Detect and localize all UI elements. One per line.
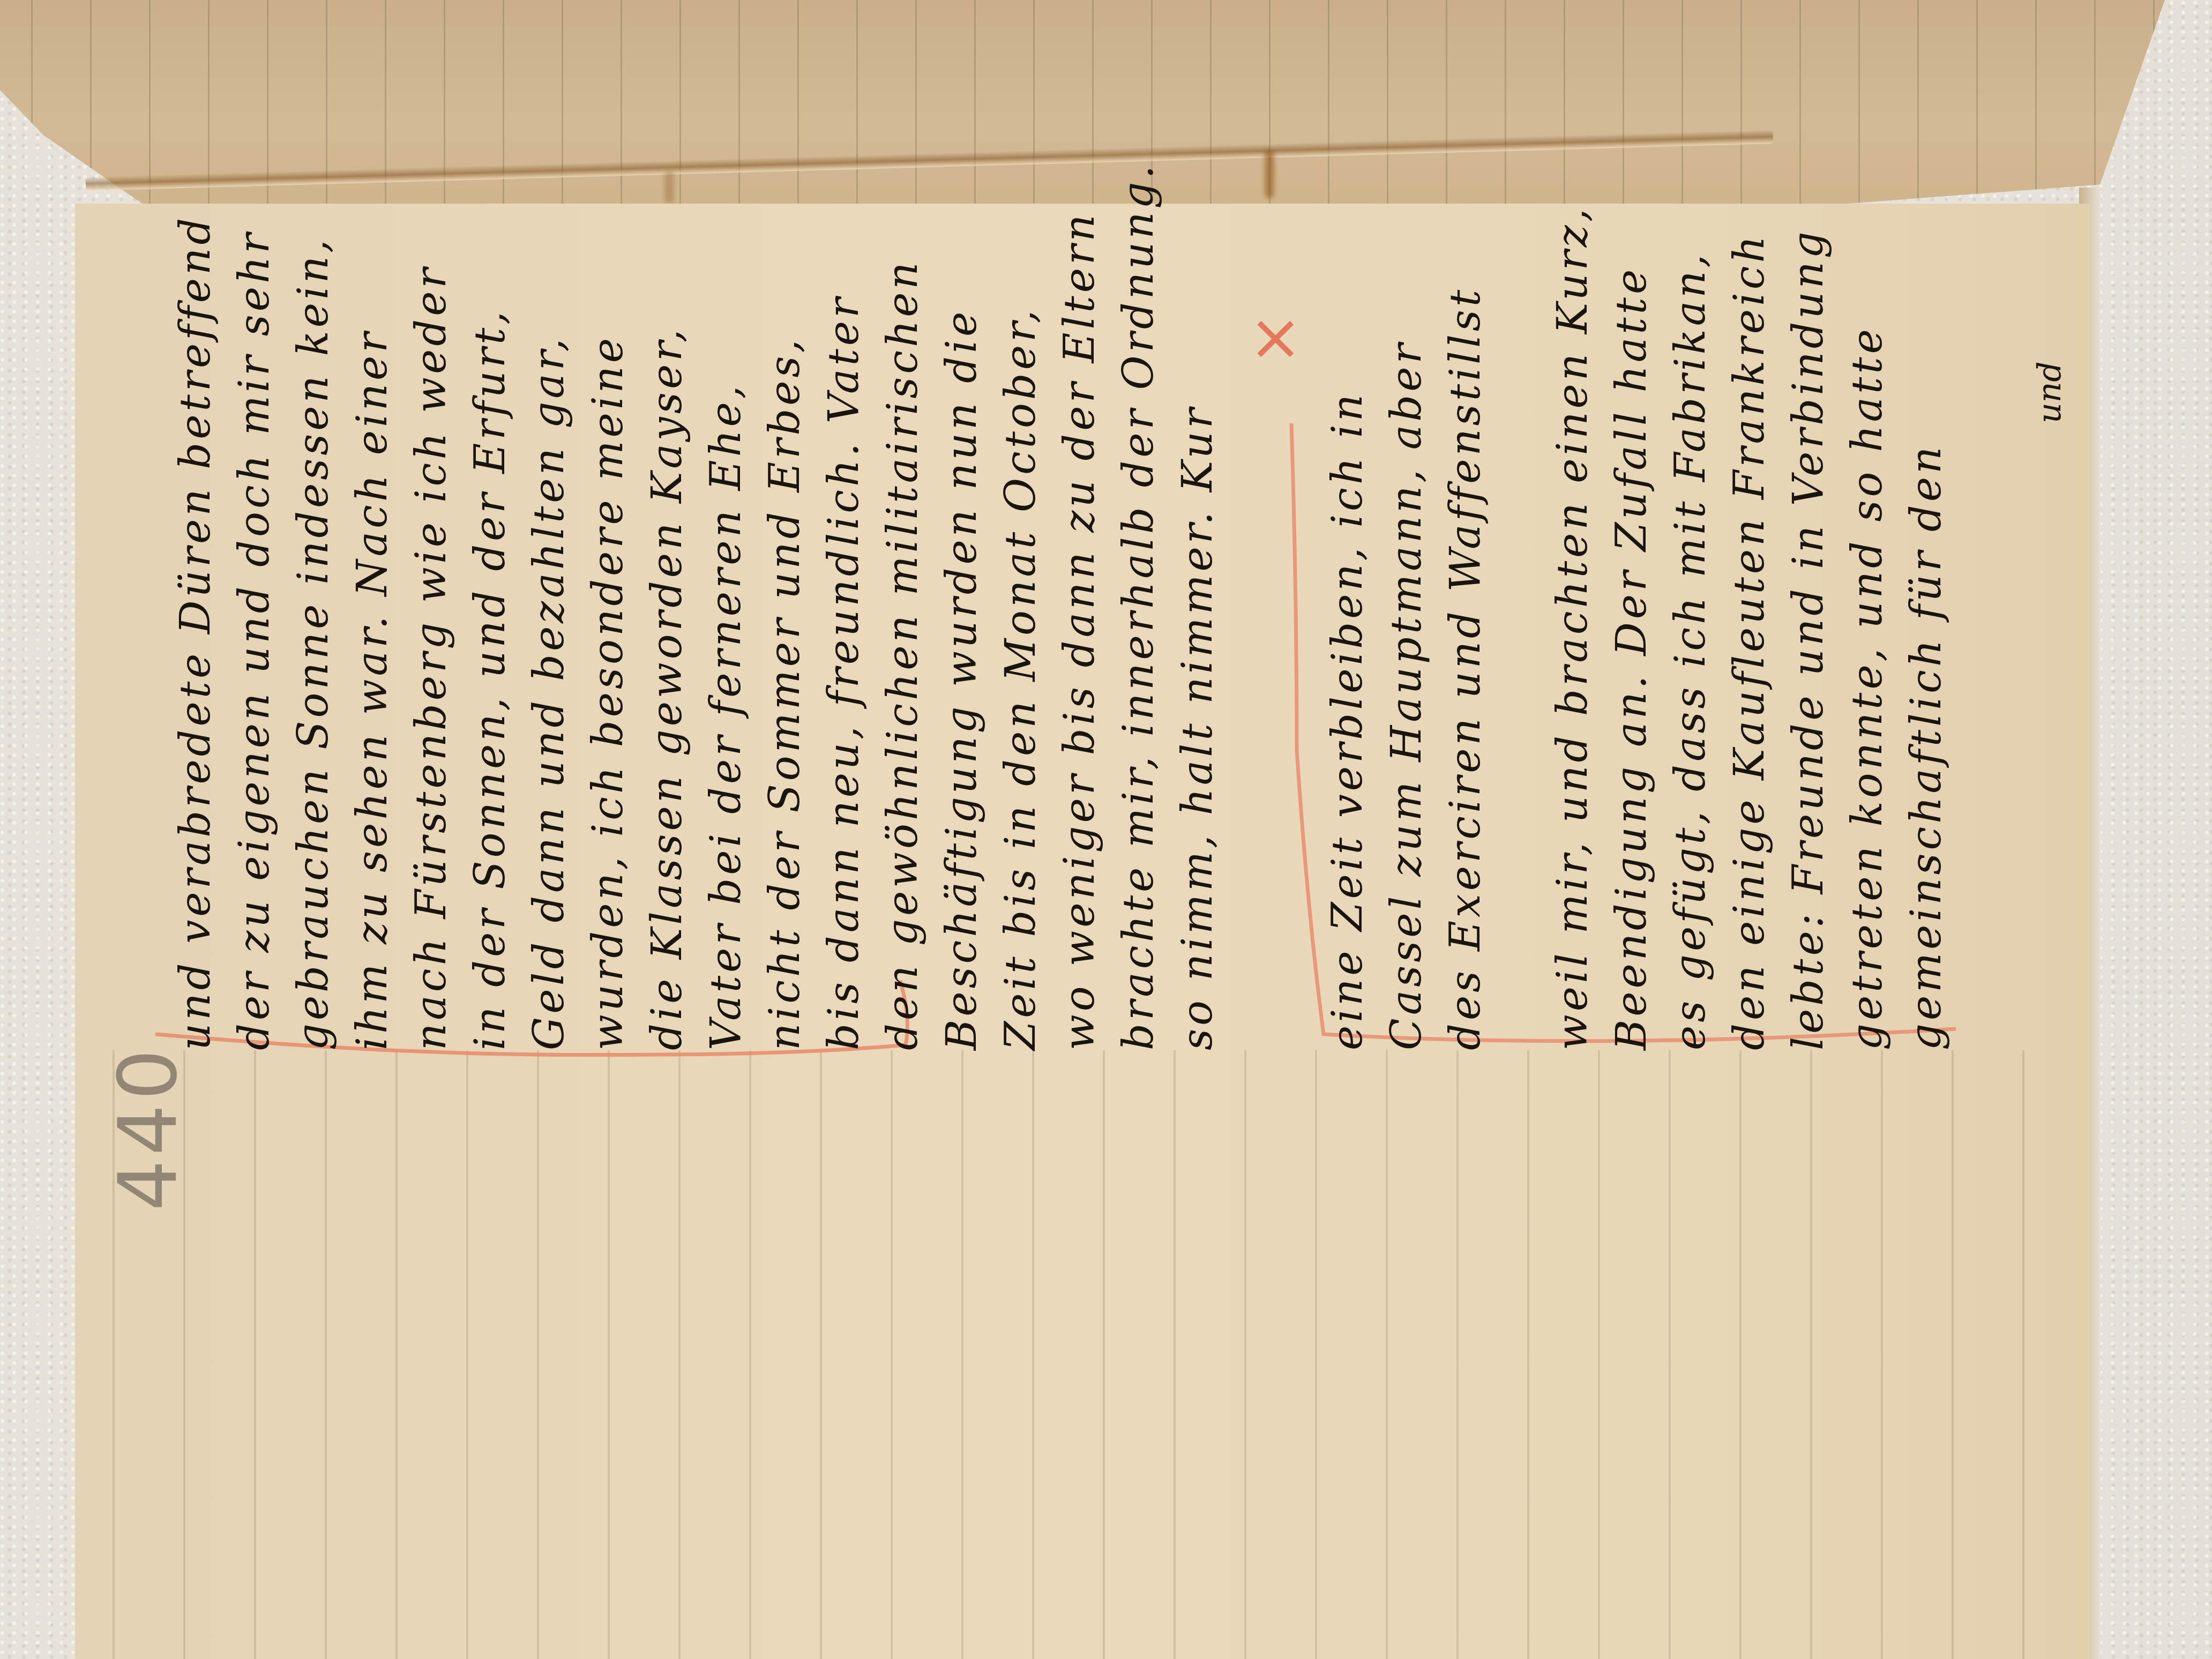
handwritten-line: Zeit bis in den Monat October, bbox=[997, 268, 1045, 1050]
handwritten-line: es gefügt, dass ich mit Fabrikan, bbox=[1667, 375, 1715, 1050]
handwritten-line: gemeinschaftlich für den bbox=[1902, 418, 1951, 1050]
handwritten-line: und verabredete Düren betreffend bbox=[171, 193, 220, 1050]
handwritten-line: weil mir, und brachten einen Kurz, bbox=[1549, 354, 1597, 1050]
handwritten-line: gebrauchen Sonne indessen kein, bbox=[289, 214, 338, 1050]
handwritten-line: brachte mir, innerhalb der Ordnung. bbox=[1115, 289, 1163, 1050]
handwritten-line: nicht der Sommer und Erbes, bbox=[761, 246, 809, 1050]
handwritten-line: den gewöhnlichen militairischen bbox=[879, 268, 927, 1050]
handwritten-line: der zu eigenen und doch mir sehr bbox=[230, 204, 279, 1050]
handwritten-line: Beendigung an. Der Zufall hatte bbox=[1608, 386, 1656, 1050]
handwritten-line: des Exerciren und Waffenstillst bbox=[1441, 332, 1490, 1050]
handwritten-line: lebte: Freunde und in Verbindung bbox=[1784, 407, 1833, 1050]
handwritten-line: getreten konnte, und so hatte bbox=[1843, 418, 1892, 1050]
handwritten-line: Vater bei der ferneren Ehe, bbox=[702, 236, 750, 1050]
handwritten-line: Beschäftigung wurden nun die bbox=[938, 268, 986, 1050]
handwriting-block: und verabredete Düren betreffendder zu e… bbox=[145, 214, 2074, 1072]
handwritten-line: eine Zeit verbleiben, ich in bbox=[1324, 322, 1372, 1050]
handwritten-line: wurden, ich besondere meine bbox=[584, 236, 632, 1050]
handwritten-line: Geld dann und bezahlten gar, bbox=[525, 236, 573, 1050]
handwritten-line: in der Sonnen, und der Erfurt, bbox=[466, 236, 514, 1050]
handwritten-line: wo weniger bis dann zu der Eltern bbox=[1056, 279, 1104, 1050]
handwritten-line: nach Fürstenberg wie ich weder bbox=[407, 214, 455, 1050]
handwritten-line: den einige Kaufleuten Frankreich bbox=[1725, 397, 1774, 1050]
handwritten-line: Cassel zum Hauptmann, aber bbox=[1382, 332, 1431, 1050]
handwritten-line: bis dann neu, freundlich. Vater bbox=[820, 257, 868, 1050]
handwritten-line: so nimm, halt nimmer. Kur bbox=[1174, 289, 1222, 1050]
handwritten-line: die Klassen geworden Kayser, bbox=[643, 236, 691, 1050]
handwritten-line: ihm zu sehen war. Nach einer bbox=[348, 214, 397, 1050]
catchword: und bbox=[2031, 361, 2068, 423]
